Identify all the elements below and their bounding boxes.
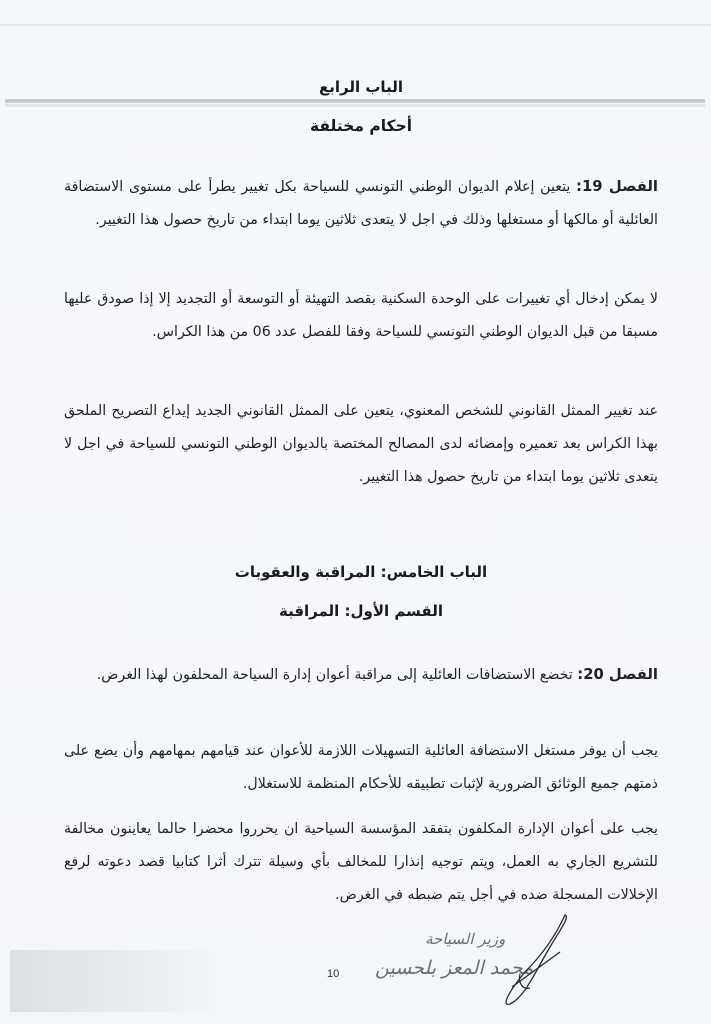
- chapter-5-title: الباب الخامس: المراقبة والعقوبات: [64, 563, 658, 581]
- signature-scribble-icon: [360, 912, 620, 1012]
- article-19-paragraph-2: لا يمكن إدخال أي تغييرات على الوحدة السك…: [64, 283, 658, 349]
- section-1-title: القسم الأول: المراقبة: [64, 602, 658, 620]
- article-19-paragraph-1: الفصل 19: يتعين إعلام الديوان الوطني الت…: [64, 170, 658, 237]
- scan-edge: [0, 24, 711, 26]
- article-20-paragraph-3: يجب على أعوان الإدارة المكلفون بتفقد الم…: [64, 813, 658, 912]
- scan-smudge: [10, 950, 210, 1012]
- signature-block: وزير السياحة محمد المعز بلحسين: [360, 912, 620, 1012]
- article-20-paragraph-1: الفصل 20: تخضع الاستضافات العائلية إلى م…: [64, 658, 658, 692]
- article-20-label: الفصل 20:: [577, 666, 658, 683]
- article-19-text: يتعين إعلام الديوان الوطني التونسي للسيا…: [64, 179, 658, 228]
- article-20-text: تخضع الاستضافات العائلية إلى مراقبة أعوا…: [97, 667, 578, 683]
- page-number: 10: [327, 968, 339, 980]
- article-20-paragraph-2: يجب أن يوفر مستغل الاستضافة العائلية الت…: [64, 735, 658, 801]
- chapter-4-subtitle: أحكام مختلفة: [64, 117, 658, 135]
- article-19-paragraph-3: عند تغيير الممثل القانوني للشخص المعنوي،…: [64, 395, 658, 494]
- document-page: الباب الرابع أحكام مختلفة الفصل 19: يتعي…: [0, 0, 711, 1024]
- chapter-4-title: الباب الرابع: [64, 78, 658, 96]
- article-19-label: الفصل 19:: [576, 178, 658, 195]
- scan-artifact-line: [5, 99, 705, 103]
